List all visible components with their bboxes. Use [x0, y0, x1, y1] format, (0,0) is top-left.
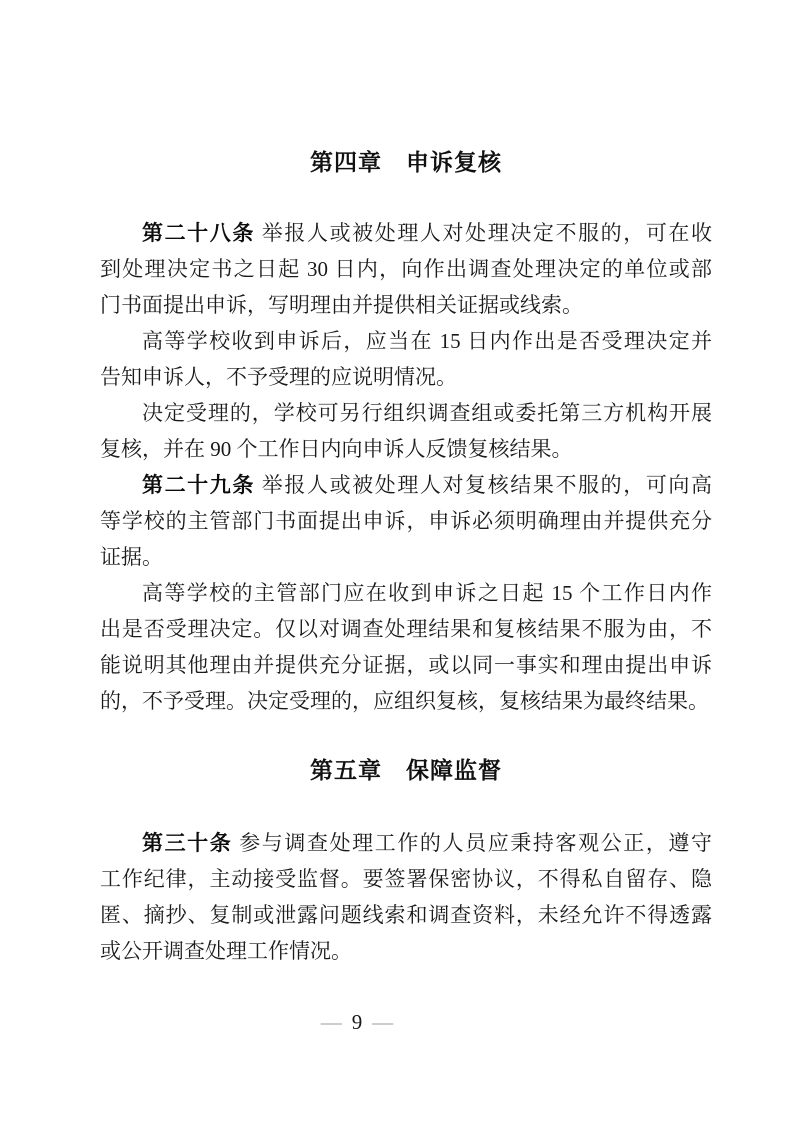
text-line: 证据。: [100, 539, 712, 575]
text-segment: 能说明其他理由并提供充分证据，或以同一事实和理由提出申诉: [100, 653, 712, 677]
text-segment: 门书面提出申诉，写明理由并提供相关证据或线索。: [100, 293, 583, 317]
text-segment: 或公开调查处理工作情况。: [100, 939, 352, 963]
chapter-heading: 第四章 申诉复核: [100, 142, 712, 182]
page-footer: —9—: [0, 1004, 714, 1040]
paragraph: 第二十八条 举报人或被处理人对处理决定不服的，可在收到处理决定书之日起 30 日…: [100, 215, 712, 323]
text-segment: 到处理决定书之日起 30 日内，向作出调查处理决定的单位或部: [100, 257, 712, 281]
paragraph: 决定受理的，学校可另行组织调查组或委托第三方机构开展复核，并在 90 个工作日内…: [100, 395, 712, 467]
text-line: 高等学校的主管部门应在收到申诉之日起 15 个工作日内作: [100, 575, 712, 611]
text-line: 的，不予受理。决定受理的，应组织复核，复核结果为最终结果。: [100, 683, 712, 719]
text-segment: 工作纪律，主动接受监督。要签署保密协议，不得私自留存、隐: [100, 867, 712, 891]
chapter-heading: 第五章 保障监督: [100, 750, 712, 790]
text-segment: 证据。: [100, 545, 163, 569]
article-number: 第二十八条: [142, 221, 255, 245]
text-line: 第二十八条 举报人或被处理人对处理决定不服的，可在收: [100, 215, 712, 251]
text-line: 等学校的主管部门书面提出申诉，申诉必须明确理由并提供充分: [100, 503, 712, 539]
text-segment: 的，不予受理。决定受理的，应组织复核，复核结果为最终结果。: [100, 689, 709, 713]
document-content: 第四章 申诉复核第二十八条 举报人或被处理人对处理决定不服的，可在收到处理决定书…: [100, 0, 712, 969]
text-segment: 高等学校的主管部门应在收到申诉之日起 15 个工作日内作: [142, 581, 712, 605]
text-line: 工作纪律，主动接受监督。要签署保密协议，不得私自留存、隐: [100, 861, 712, 897]
text-segment: 告知申诉人，不予受理的应说明情况。: [100, 365, 457, 389]
text-line: 复核，并在 90 个工作日内向申诉人反馈复核结果。: [100, 431, 712, 467]
paragraph: 第三十条 参与调查处理工作的人员应秉持客观公正，遵守工作纪律，主动接受监督。要签…: [100, 825, 712, 969]
page-number: 9: [352, 1010, 363, 1034]
article-number: 第三十条: [142, 831, 232, 855]
text-segment: 举报人或被处理人对处理决定不服的，可在收: [255, 221, 712, 245]
text-line: 到处理决定书之日起 30 日内，向作出调查处理决定的单位或部: [100, 251, 712, 287]
text-segment: 出是否受理决定。仅以对调查处理结果和复核结果不服为由，不: [100, 617, 712, 641]
text-line: 告知申诉人，不予受理的应说明情况。: [100, 359, 712, 395]
text-segment: 参与调查处理工作的人员应秉持客观公正，遵守: [232, 831, 712, 855]
text-line: 能说明其他理由并提供充分证据，或以同一事实和理由提出申诉: [100, 647, 712, 683]
text-line: 第三十条 参与调查处理工作的人员应秉持客观公正，遵守: [100, 825, 712, 861]
text-line: 高等学校收到申诉后，应当在 15 日内作出是否受理决定并: [100, 323, 712, 359]
text-line: 匿、摘抄、复制或泄露问题线索和调查资料，未经允许不得透露: [100, 897, 712, 933]
paragraph: 第二十九条 举报人或被处理人对复核结果不服的，可向高等学校的主管部门书面提出申诉…: [100, 467, 712, 575]
text-segment: 匿、摘抄、复制或泄露问题线索和调查资料，未经允许不得透露: [100, 903, 712, 927]
text-segment: 决定受理的，学校可另行组织调查组或委托第三方机构开展: [142, 401, 712, 425]
text-line: 或公开调查处理工作情况。: [100, 933, 712, 969]
paragraph: 高等学校的主管部门应在收到申诉之日起 15 个工作日内作出是否受理决定。仅以对调…: [100, 575, 712, 719]
footer-dash-right: —: [372, 1010, 393, 1034]
document-page: 第四章 申诉复核第二十八条 举报人或被处理人对处理决定不服的，可在收到处理决定书…: [0, 0, 793, 1122]
text-line: 第二十九条 举报人或被处理人对复核结果不服的，可向高: [100, 467, 712, 503]
text-segment: 高等学校收到申诉后，应当在 15 日内作出是否受理决定并: [142, 329, 712, 353]
article-number: 第二十九条: [142, 473, 255, 497]
text-segment: 举报人或被处理人对复核结果不服的，可向高: [255, 473, 712, 497]
text-line: 决定受理的，学校可另行组织调查组或委托第三方机构开展: [100, 395, 712, 431]
footer-dash-left: —: [321, 1010, 342, 1034]
text-segment: 复核，并在 90 个工作日内向申诉人反馈复核结果。: [100, 437, 573, 461]
text-line: 门书面提出申诉，写明理由并提供相关证据或线索。: [100, 287, 712, 323]
text-line: 出是否受理决定。仅以对调查处理结果和复核结果不服为由，不: [100, 611, 712, 647]
paragraph: 高等学校收到申诉后，应当在 15 日内作出是否受理决定并告知申诉人，不予受理的应…: [100, 323, 712, 395]
text-segment: 等学校的主管部门书面提出申诉，申诉必须明确理由并提供充分: [100, 509, 712, 533]
